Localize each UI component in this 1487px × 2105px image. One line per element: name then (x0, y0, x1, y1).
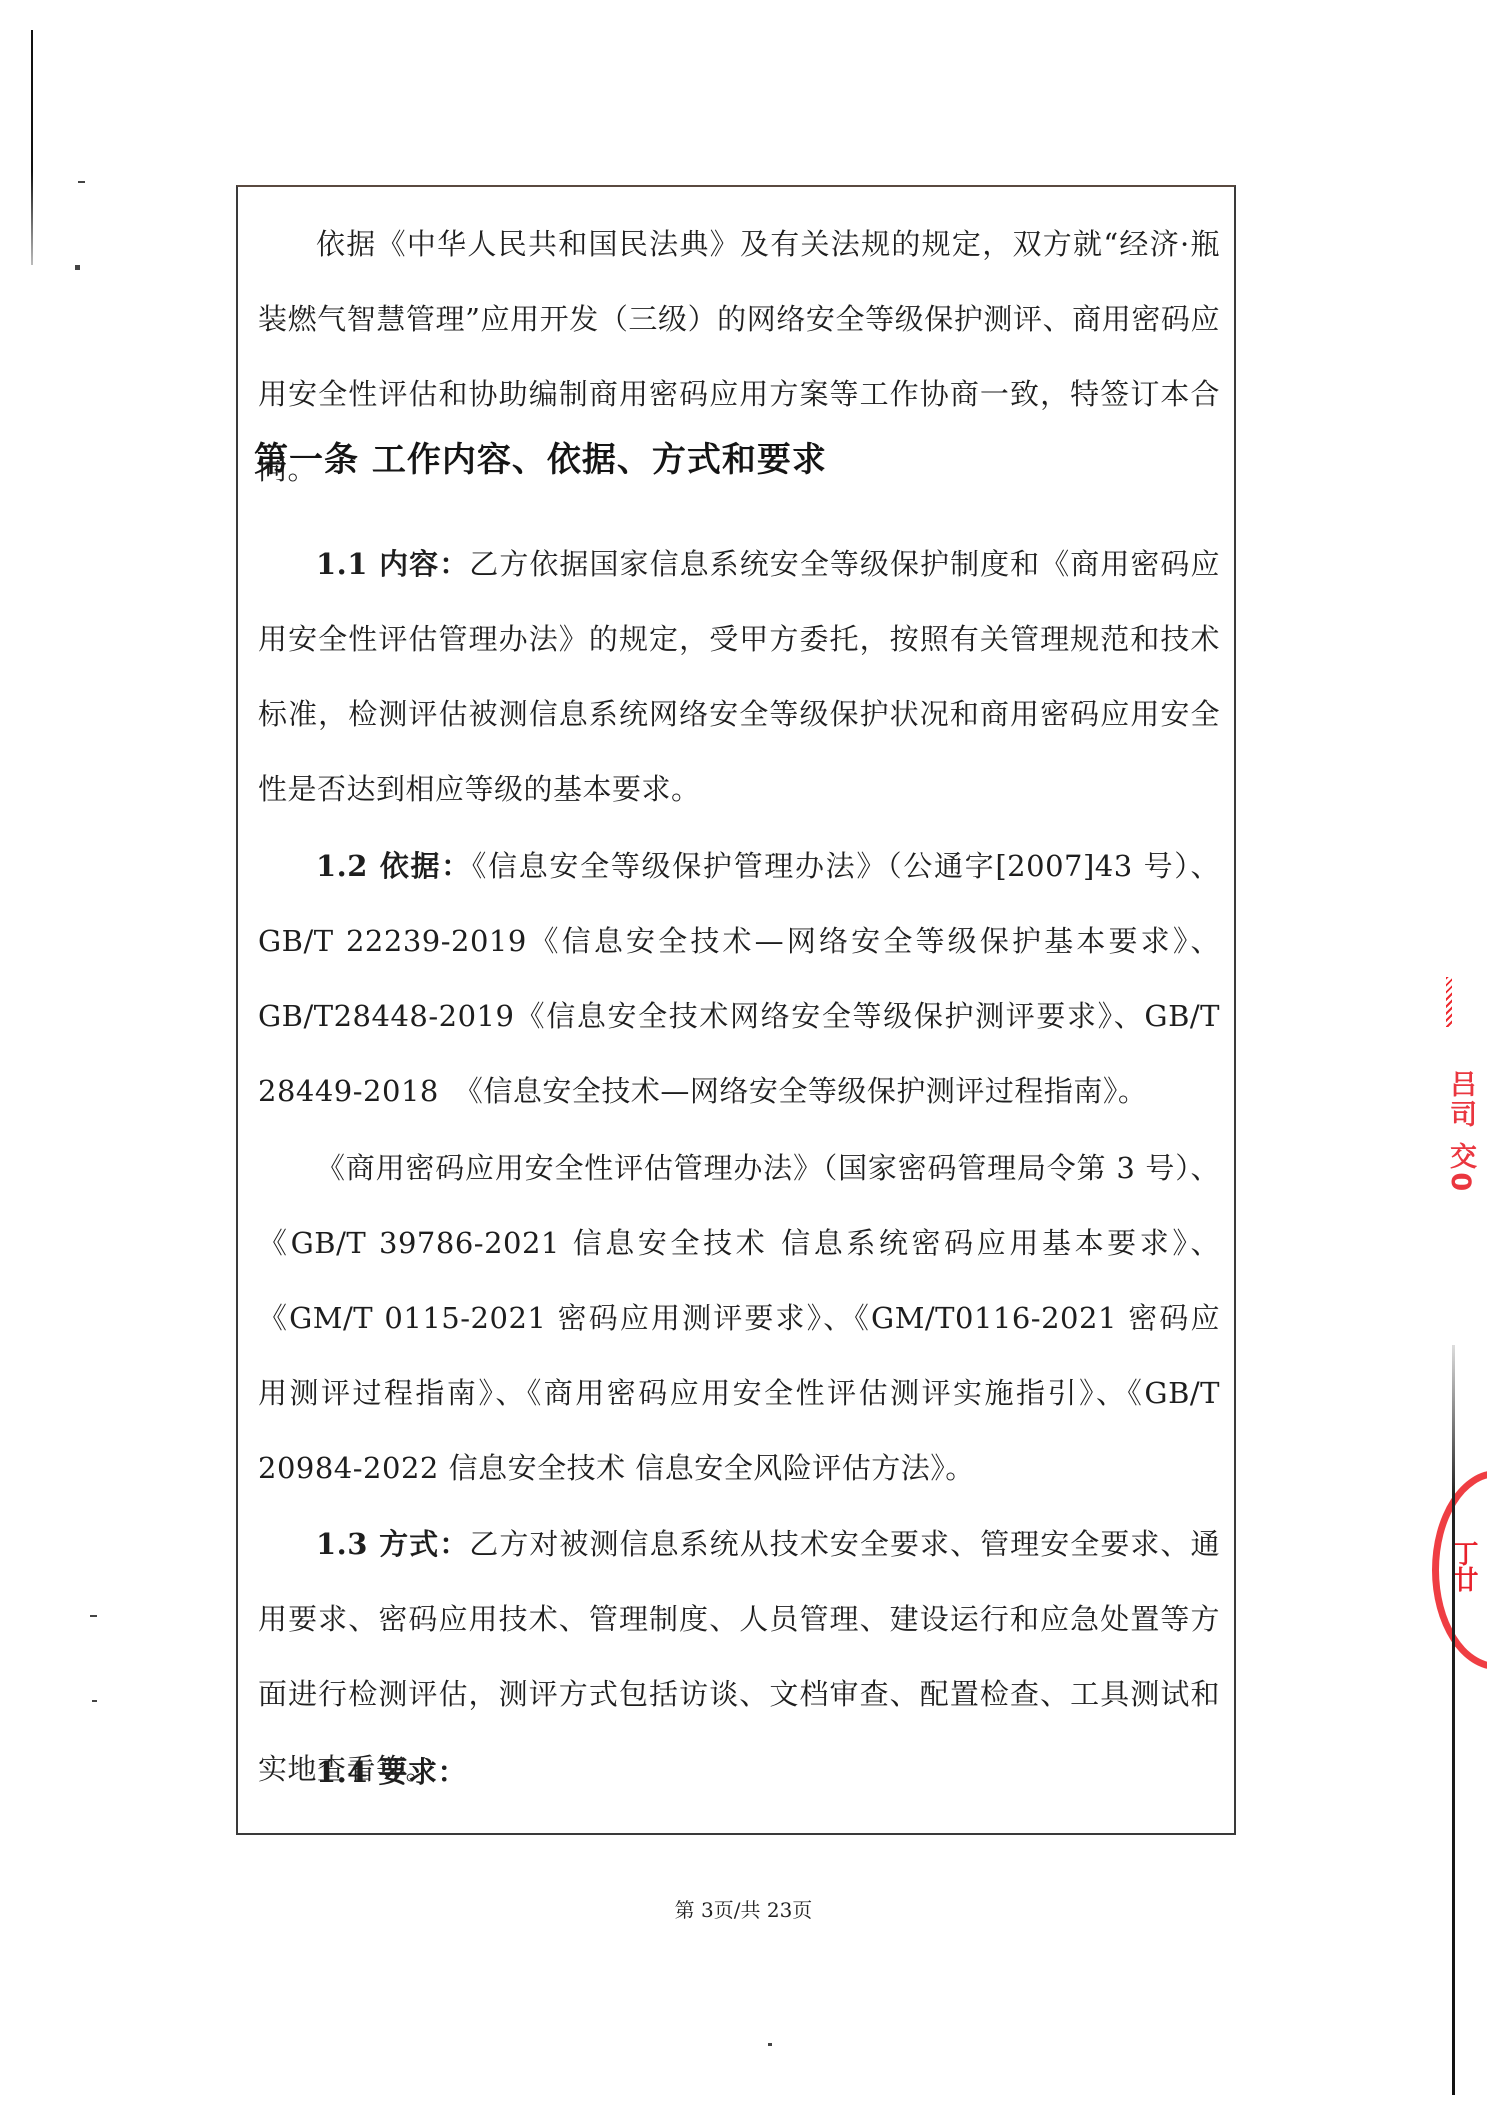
section-1-2-text: 《信息安全等级保护管理办法》（公通字[2007]43 号）、GB/T 22239… (258, 849, 1220, 1108)
section-1-2-paragraph-2: 《商用密码应用安全性评估管理办法》（国家密码管理局令第 3 号）、《GB/T 3… (258, 1131, 1220, 1506)
scan-speck (78, 181, 85, 183)
section-1-1-label: 1.1 内容： (316, 547, 469, 581)
contract-content-box: 依据《中华人民共和国民法典》及有关法规的规定，双方就“经济·瓶装燃气智慧管理”应… (236, 185, 1236, 1835)
section-1-3-label: 1.3 方式： (316, 1527, 469, 1561)
scan-speck (92, 1700, 97, 1702)
section-1-2-label: 1.2 依据： (316, 849, 472, 883)
section-1-4-paragraph: 1.4 要求： (258, 1735, 1220, 1810)
scan-speck (90, 1615, 97, 1617)
seal-stamp-arc-text: 丁廿 (1443, 1540, 1483, 1592)
page-number: 第 3页/共 23页 (0, 1894, 1487, 1923)
scan-edge-line-right (1452, 1345, 1455, 2095)
scan-edge-line (31, 30, 33, 265)
section-1-2-paragraph: 1.2 依据：《信息安全等级保护管理办法》（公通字[2007]43 号）、GB/… (258, 829, 1220, 1129)
article-1-heading: 第一条 工作内容、依据、方式和要求 (254, 438, 827, 482)
section-1-1-paragraph: 1.1 内容：乙方依据国家信息系统安全等级保护制度和《商用密码应用安全性评估管理… (258, 527, 1220, 827)
section-1-1-text: 乙方依据国家信息系统安全等级保护制度和《商用密码应用安全性评估管理办法》的规定，… (258, 547, 1220, 806)
seal-fragment-mark (1446, 977, 1452, 1027)
section-1-4-label: 1.4 要求： (316, 1755, 467, 1789)
scan-speck (75, 265, 80, 270)
seal-stamp-text: 吕司 交0 (1441, 1070, 1480, 1194)
scan-speck (768, 2043, 772, 2046)
